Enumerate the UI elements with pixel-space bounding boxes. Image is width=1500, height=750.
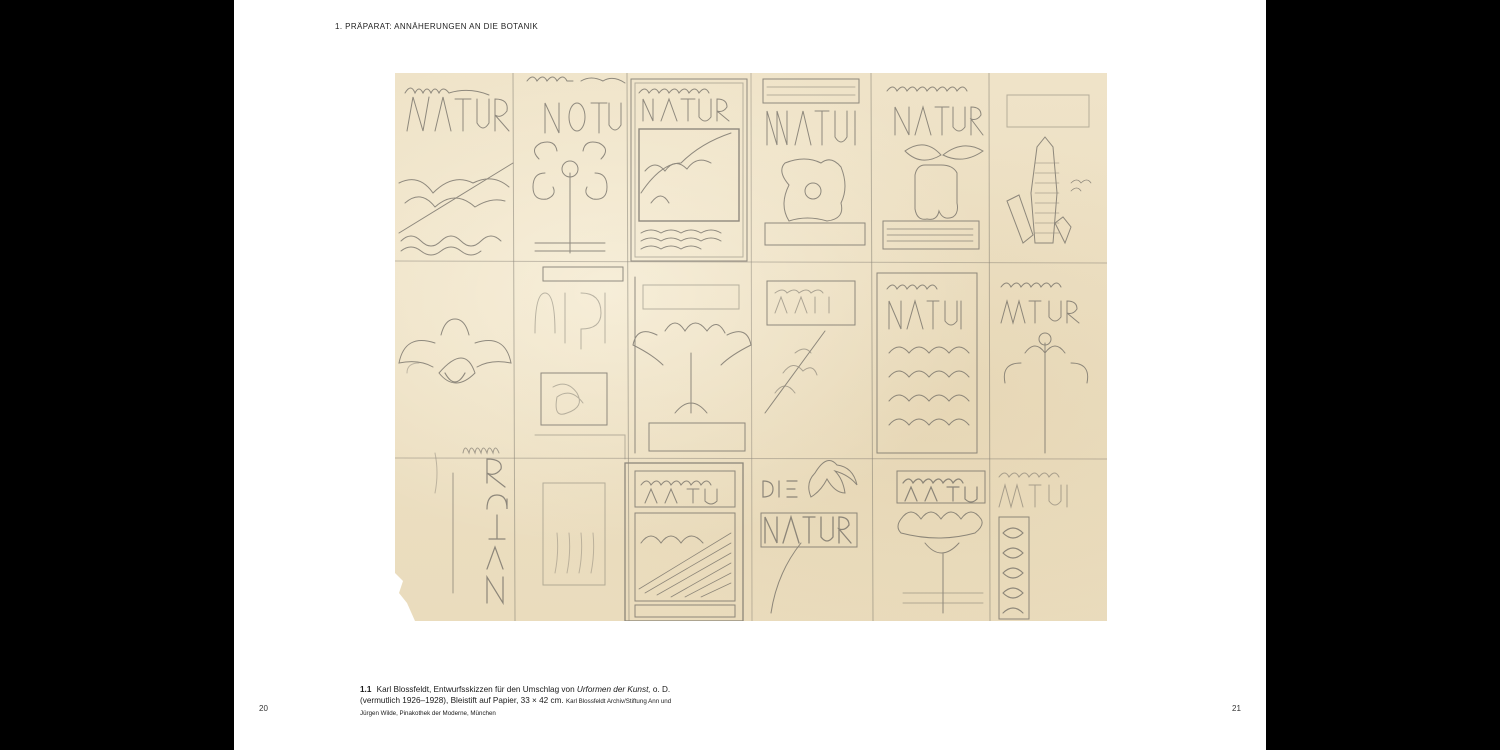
caption-work-title: Urformen der Kunst, — [577, 685, 651, 694]
pencil-sketches-illustration — [395, 73, 1107, 621]
figure-number: 1.1 — [360, 685, 371, 694]
caption-text-lead: Karl Blossfeldt, Entwurfsskizzen für den… — [377, 685, 577, 694]
running-head: 1. Präparat: Annäherungen an die Botanik — [335, 22, 538, 31]
page-number-right: 21 — [1232, 704, 1241, 713]
figure-caption: 1.1 Karl Blossfeldt, Entwurfsskizzen für… — [360, 684, 690, 719]
book-spread: 1. Präparat: Annäherungen an die Botanik — [234, 0, 1266, 750]
figure-sketch-sheet — [395, 73, 1107, 621]
page-number-left: 20 — [259, 704, 268, 713]
